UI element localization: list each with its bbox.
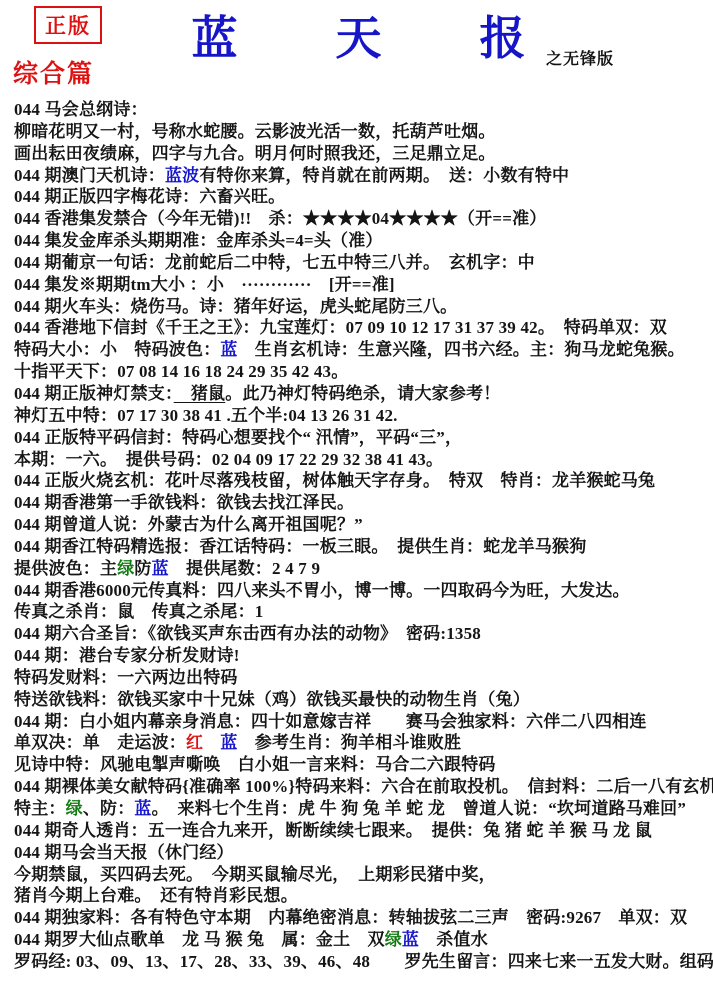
- line-text: 044 香港集发禁合（今年无错)!! 杀：★★★★04★★★★（开==准）: [14, 209, 547, 228]
- line-text: 传真之杀肖：鼠 传真之杀尾：1: [14, 602, 264, 621]
- line-text: 044 期澳门天机诗：: [14, 166, 165, 185]
- line-text: 、防：: [83, 799, 135, 818]
- line-text: 044 马会总纲诗：: [14, 100, 148, 119]
- text-line: 今期禁鼠，买四码去死。 今期买鼠输尽光， 上期彩民猪中奖，: [14, 864, 713, 886]
- line-text: 044 期火车头：烧伤马。诗：猪年好运，虎头蛇尾防三八。: [14, 297, 457, 316]
- content-lines: 044 马会总纲诗：柳暗花明又一村，号称水蛇腰。云影波光活一数，托葫芦吐烟。画出…: [14, 99, 713, 973]
- highlight-text: 绿: [385, 930, 402, 949]
- text-line: 单双决：单 走运波：红 蓝 参考生肖：狗羊相斗谁败胜: [14, 732, 713, 754]
- text-line: 044 香港集发禁合（今年无错)!! 杀：★★★★04★★★★（开==准）: [14, 208, 713, 230]
- text-line: 044 期马会当天报（休门经）: [14, 842, 713, 864]
- text-line: 044 集发金库杀头期期准：金库杀头=4=头（准）: [14, 230, 713, 252]
- text-line: 特送欲钱料：欲钱买家中十兄妹（鸡）欲钱买最快的动物生肖（兔）: [14, 689, 713, 711]
- highlight-text: 蓝: [402, 930, 419, 949]
- line-text: 神灯五中特：07 17 30 38 41 .五个半:04 13 26 31 42…: [14, 406, 398, 425]
- highlight-text: 蓝: [220, 340, 237, 359]
- line-text: 044 期曾道人说：外蒙古为什么离开祖国呢？”: [14, 515, 363, 534]
- line-text: 。 来料七个生肖：虎 牛 狗 兔 羊 蛇 龙 曾道人说：“坎坷道路马难回”: [152, 799, 686, 818]
- line-text: 单双决：单 走运波：: [14, 733, 186, 752]
- text-line: 画出耘田夜绩麻，四字与九合。明月何时照我还，三足鼎立足。: [14, 143, 713, 165]
- line-text: 提供波色：主: [14, 559, 117, 578]
- text-line: 044 马会总纲诗：: [14, 99, 713, 121]
- text-line: 十指平天下：07 08 14 16 18 24 29 35 42 43。: [14, 361, 713, 383]
- text-line: 传真之杀肖：鼠 传真之杀尾：1: [14, 601, 713, 623]
- line-text: 044 期奇人透肖：五一连合九来开，断断续续七跟来。 提供：兔 猪 蛇 羊 猴 …: [14, 821, 652, 840]
- text-line: 044 期奇人透肖：五一连合九来开，断断续续七跟来。 提供：兔 猪 蛇 羊 猴 …: [14, 820, 713, 842]
- line-text: 044 集发金库杀头期期准：金库杀头=4=头（准）: [14, 231, 383, 250]
- text-line: 044 期香港6000元传真料：四八来头不胃小，博一博。一四取码今为旺，大发达。: [14, 580, 713, 602]
- text-line: 044 期曾道人说：外蒙古为什么离开祖国呢？”: [14, 514, 713, 536]
- line-text: 猪鼠: [174, 384, 226, 403]
- line-text: 有特你来算，特肖就在前两期。 送：小数有特中: [199, 166, 569, 185]
- line-text: 柳暗花明又一村，号称水蛇腰。云影波光活一数，托葫芦吐烟。: [14, 122, 496, 141]
- text-line: 特主：绿、防：蓝。 来料七个生肖：虎 牛 狗 兔 羊 蛇 龙 曾道人说：“坎坷道…: [14, 798, 713, 820]
- section-label: 综合篇: [13, 54, 94, 90]
- line-text: 044 香港地下信封《千王之王》：九宝莲灯：07 09 10 12 17 31 …: [14, 318, 667, 337]
- highlight-text: 绿: [117, 559, 134, 578]
- line-text: 044 期独家料：各有特色守本期 内幕绝密消息：转轴拔弦二三声 密码:9267 …: [14, 908, 687, 927]
- text-line: 044 期正版四字梅花诗：六畜兴旺。: [14, 186, 713, 208]
- line-text: 044 期香港第一手欲钱料：欲钱去找江泽民。: [14, 493, 354, 512]
- text-line: 044 期罗大仙点歌单 龙 马 猴 兔 属：金土 双绿蓝 杀值水: [14, 929, 713, 951]
- line-text: 十指平天下：07 08 14 16 18 24 29 35 42 43。: [14, 362, 348, 381]
- line-text: 044 期裸体美女献特码{准确率 100%}特码来料：六合在前取投机。 信封料：…: [14, 777, 713, 796]
- text-line: 044 期独家料：各有特色守本期 内幕绝密消息：转轴拔弦二三声 密码:9267 …: [14, 907, 713, 929]
- highlight-text: 绿: [66, 799, 83, 818]
- text-line: 罗码经: 03、09、13、17、28、33、39、46、48 罗先生留言：四来…: [14, 951, 713, 973]
- text-line: 柳暗花明又一村，号称水蛇腰。云影波光活一数，托葫芦吐烟。: [14, 121, 713, 143]
- highlight-text: 蓝: [152, 559, 169, 578]
- line-text: 044 期正版四字梅花诗：六畜兴旺。: [14, 187, 285, 206]
- text-line: 044 正版特平码信封：特码心想要找个“ 汛情”，平码“三”，: [14, 427, 713, 449]
- line-text: 猪肖今期上台难。 还有特肖彩民想。: [14, 886, 298, 905]
- line-text: 本期：一六。 提供号码：02 04 09 17 22 29 32 38 41 4…: [14, 450, 443, 469]
- line-text: 044 期：港台专家分析发财诗!: [14, 646, 240, 665]
- line-text: 参考生肖：狗羊相斗谁败胜: [238, 733, 462, 752]
- line-text: 见诗中特：风驰电掣声嘶唤 白小姐一言来料：马合二六跟特码: [14, 755, 496, 774]
- text-line: 044 期六合圣旨：《欲钱买声东击西有办法的动物》 密码:1358: [14, 623, 713, 645]
- line-text: 044 期葡京一句话：龙前蛇后二中特，七五中特三八并。 玄机字：中: [14, 253, 535, 272]
- line-text: 特送欲钱料：欲钱买家中十兄妹（鸡）欲钱买最快的动物生肖（兔）: [14, 690, 530, 709]
- edition-label: 之无锋版: [546, 46, 614, 69]
- line-text: 杀值水: [419, 930, 488, 949]
- line-text: 罗码经: 03、09、13、17、28、33、39、46、48 罗先生留言：四来…: [14, 952, 713, 971]
- text-line: 044 期火车头：烧伤马。诗：猪年好运，虎头蛇尾防三八。: [14, 296, 713, 318]
- line-text: 提供尾数：2 4 7 9: [169, 559, 320, 578]
- text-line: 神灯五中特：07 17 30 38 41 .五个半:04 13 26 31 42…: [14, 405, 713, 427]
- text-line: 特码发财料：一六两边出特码: [14, 667, 713, 689]
- line-text: 044 期六合圣旨：《欲钱买声东击西有办法的动物》 密码:1358: [14, 624, 481, 643]
- line-text: 今期禁鼠，买四码去死。 今期买鼠输尽光， 上期彩民猪中奖，: [14, 865, 496, 884]
- text-line: 本期：一六。 提供号码：02 04 09 17 22 29 32 38 41 4…: [14, 449, 713, 471]
- line-text: [203, 733, 220, 752]
- text-line: 猪肖今期上台难。 还有特肖彩民想。: [14, 885, 713, 907]
- highlight-text: 蓝: [220, 733, 237, 752]
- line-text: 画出耘田夜绩麻，四字与九合。明月何时照我还，三足鼎立足。: [14, 144, 496, 163]
- line-text: 防: [134, 559, 151, 578]
- line-text: 特码大小：小 特码波色：: [14, 340, 220, 359]
- text-line: 044 香港地下信封《千王之王》：九宝莲灯：07 09 10 12 17 31 …: [14, 317, 713, 339]
- text-line: 044 集发※期期tm大小 ：小 ············ [开==准]: [14, 274, 713, 296]
- text-line: 044 期正版神灯禁支： 猪鼠。此乃神灯特码绝杀，请大家参考！: [14, 383, 713, 405]
- text-line: 提供波色：主绿防蓝 提供尾数：2 4 7 9: [14, 558, 713, 580]
- text-line: 见诗中特：风驰电掣声嘶唤 白小姐一言来料：马合二六跟特码: [14, 754, 713, 776]
- line-text: 044 正版特平码信封：特码心想要找个“ 汛情”，平码“三”，: [14, 428, 462, 447]
- highlight-text: 红: [186, 733, 203, 752]
- line-text: 044 期正版神灯禁支：: [14, 384, 174, 403]
- line-text: 044 期香江特码精选报：香江话特码：一板三眼。 提供生肖：蛇龙羊马猴狗: [14, 537, 586, 556]
- highlight-text: 蓝: [134, 799, 151, 818]
- page-title: 蓝 天 报: [192, 2, 552, 68]
- line-text: 044 期马会当天报（休门经）: [14, 843, 234, 862]
- highlight-text: 蓝波: [165, 166, 199, 185]
- line-text: 生肖玄机诗：生意兴隆，四书六经。主：狗马龙蛇兔猴。: [238, 340, 685, 359]
- line-text: 。此乃神灯特码绝杀，请大家参考！: [225, 384, 500, 403]
- text-line: 044 正版火烧玄机：花叶尽落残枝留，树体触天字存身。 特双 特肖：龙羊猴蛇马兔: [14, 470, 713, 492]
- line-text: 特主：: [14, 799, 66, 818]
- text-line: 044 期：港台专家分析发财诗!: [14, 645, 713, 667]
- text-line: 044 期香港第一手欲钱料：欲钱去找江泽民。: [14, 492, 713, 514]
- line-text: 044 期罗大仙点歌单 龙 马 猴 兔 属：金土 双: [14, 930, 385, 949]
- newspaper-page: 正版 蓝 天 报 之无锋版 综合篇 044 马会总纲诗：柳暗花明又一村，号称水蛇…: [0, 0, 713, 987]
- line-text: 044 期：白小姐内幕亲身消息：四十如意嫁吉祥 赛马会独家料：六伴二八四相连: [14, 712, 647, 731]
- line-text: 044 正版火烧玄机：花叶尽落残枝留，树体触天字存身。 特双 特肖：龙羊猴蛇马兔: [14, 471, 655, 490]
- line-text: 特码发财料：一六两边出特码: [14, 668, 238, 687]
- text-line: 044 期裸体美女献特码{准确率 100%}特码来料：六合在前取投机。 信封料：…: [14, 776, 713, 798]
- text-line: 044 期香江特码精选报：香江话特码：一板三眼。 提供生肖：蛇龙羊马猴狗: [14, 536, 713, 558]
- text-line: 044 期：白小姐内幕亲身消息：四十如意嫁吉祥 赛马会独家料：六伴二八四相连: [14, 711, 713, 733]
- text-line: 特码大小：小 特码波色：蓝 生肖玄机诗：生意兴隆，四书六经。主：狗马龙蛇兔猴。: [14, 339, 713, 361]
- line-text: 044 期香港6000元传真料：四八来头不胃小，博一博。一四取码今为旺，大发达。: [14, 581, 630, 600]
- line-text: 044 集发※期期tm大小 ：小 ············ [开==准]: [14, 275, 395, 294]
- text-line: 044 期澳门天机诗：蓝波有特你来算，特肖就在前两期。 送：小数有特中: [14, 165, 713, 187]
- text-line: 044 期葡京一句话：龙前蛇后二中特，七五中特三八并。 玄机字：中: [14, 252, 713, 274]
